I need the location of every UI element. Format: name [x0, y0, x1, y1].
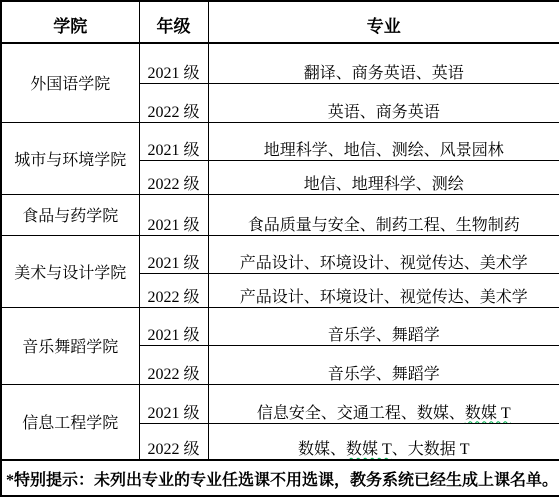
college-cell: 外国语学院 [1, 43, 139, 122]
grade-cell: 2021 级 [139, 43, 208, 83]
document-page: 学院 年级 专业 外国语学院 2021 级 翻译、商务英语、英语 2022 级 … [0, 0, 559, 491]
majors-cell: 产品设计、环境设计、视觉传达、美术学 [208, 235, 559, 273]
grade-cell: 2021 级 [139, 122, 208, 160]
majors-cell: 地信、地理科学、测绘 [208, 160, 559, 194]
grade-cell: 2021 级 [139, 235, 208, 273]
course-majors-table: 学院 年级 专业 外国语学院 2021 级 翻译、商务英语、英语 2022 级 … [0, 0, 559, 497]
majors-text: 英语、商务英语 [328, 104, 440, 121]
table-row: 美术与设计学院 2021 级 产品设计、环境设计、视觉传达、美术学 [1, 235, 559, 273]
majors-text-spellcheck: 数媒 T [465, 405, 511, 422]
majors-text: 地信、地理科学、测绘 [304, 176, 464, 193]
college-cell: 音乐舞蹈学院 [1, 307, 139, 384]
majors-text: 产品设计、环境设计、视觉传达、美术学 [240, 289, 528, 306]
majors-text-spellcheck: 数媒 T [346, 441, 392, 458]
grade-cell: 2021 级 [139, 307, 208, 345]
table-row: 音乐舞蹈学院 2021 级 音乐学、舞蹈学 [1, 307, 559, 345]
majors-text: 、大数据 T [392, 441, 470, 458]
majors-cell: 音乐学、舞蹈学 [208, 307, 559, 345]
grade-cell: 2022 级 [139, 160, 208, 194]
table-row: 信息工程学院 2021 级 信息安全、交通工程、数媒、数媒 T [1, 384, 559, 423]
grade-cell: 2022 级 [139, 345, 208, 384]
majors-cell: 音乐学、舞蹈学 [208, 345, 559, 384]
table-row: 城市与环境学院 2021 级 地理科学、地信、测绘、风景园林 [1, 122, 559, 160]
majors-cell: 地理科学、地信、测绘、风景园林 [208, 122, 559, 160]
col-header-college: 学院 [1, 1, 139, 43]
grade-cell: 2021 级 [139, 194, 208, 235]
majors-text: 数媒、 [298, 441, 346, 458]
majors-text: 食品质量与安全、制药工程、生物制药 [248, 217, 520, 234]
majors-cell: 信息安全、交通工程、数媒、数媒 T [208, 384, 559, 423]
majors-text: 音乐学、舞蹈学 [328, 327, 440, 344]
grade-cell: 2021 级 [139, 384, 208, 423]
table-row: 外国语学院 2021 级 翻译、商务英语、英语 [1, 43, 559, 83]
grade-cell: 2022 级 [139, 273, 208, 307]
majors-cell: 数媒、数媒 T、大数据 T [208, 423, 559, 460]
grade-cell: 2022 级 [139, 423, 208, 460]
majors-cell: 食品质量与安全、制药工程、生物制药 [208, 194, 559, 235]
majors-text: 地理科学、地信、测绘、风景园林 [264, 142, 504, 159]
table-header-row: 学院 年级 专业 [1, 1, 559, 43]
majors-cell: 产品设计、环境设计、视觉传达、美术学 [208, 273, 559, 307]
table-row: 食品与药学院 2021 级 食品质量与安全、制药工程、生物制药 [1, 194, 559, 235]
grade-cell: 2022 级 [139, 83, 208, 122]
college-cell: 食品与药学院 [1, 194, 139, 235]
majors-cell: 英语、商务英语 [208, 83, 559, 122]
majors-text: 产品设计、环境设计、视觉传达、美术学 [240, 255, 528, 272]
col-header-major: 专业 [208, 1, 559, 43]
majors-text: 音乐学、舞蹈学 [328, 366, 440, 383]
col-header-grade: 年级 [139, 1, 208, 43]
college-cell: 美术与设计学院 [1, 235, 139, 307]
majors-text: 信息安全、交通工程、数媒、 [257, 405, 465, 422]
majors-text: 翻译、商务英语、英语 [304, 65, 464, 82]
college-cell: 城市与环境学院 [1, 122, 139, 194]
majors-cell: 翻译、商务英语、英语 [208, 43, 559, 83]
college-cell: 信息工程学院 [1, 384, 139, 460]
